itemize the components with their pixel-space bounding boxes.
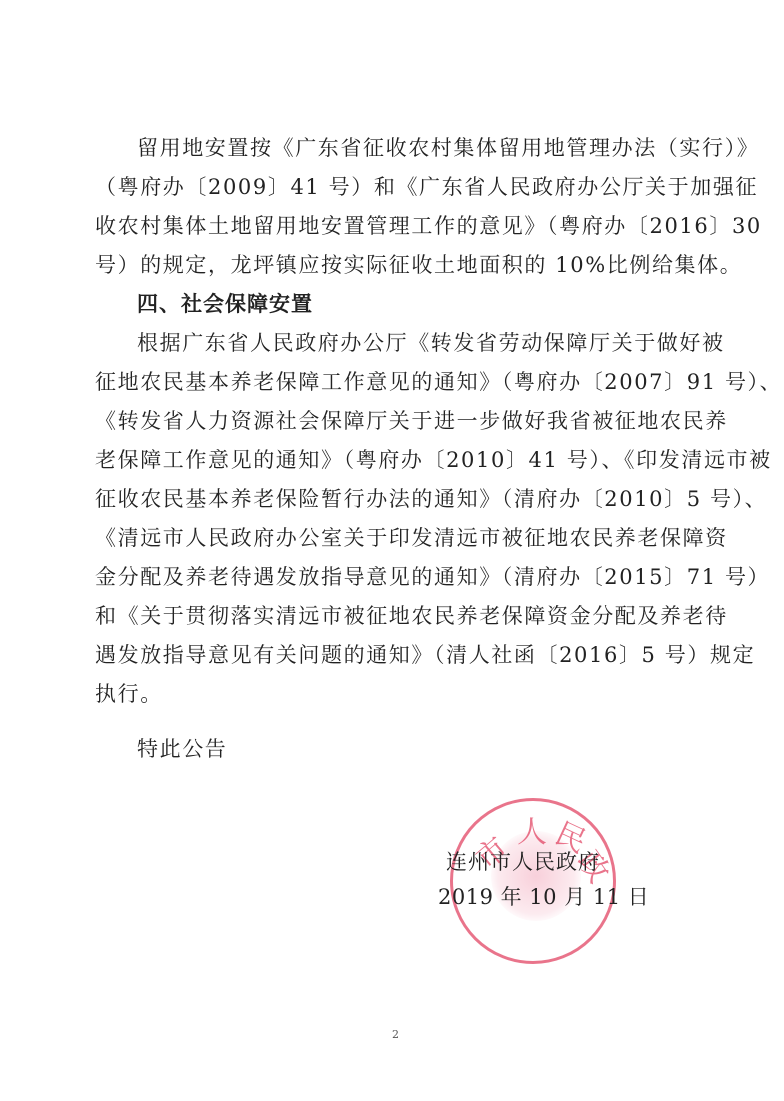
paragraph-2-line-2: 征地农民基本养老保障工作意见的通知》（粤府办〔2007〕91 号）、	[95, 370, 699, 394]
paragraph-1-line-3: 收农村集体土地留用地安置管理工作的意见》（粤府办〔2016〕30	[95, 214, 699, 238]
paragraph-2-line-8: 和《关于贯彻落实清远市被征地农民养老保障资金分配及养老待	[95, 604, 699, 628]
paragraph-2-line-3: 《转发省人力资源社会保障厅关于进一步做好我省被征地农民养	[95, 409, 699, 433]
paragraph-1-line-4: 号）的规定，龙坪镇应按实际征收土地面积的 10%比例给集体。	[95, 253, 699, 277]
paragraph-1-line-1: 留用地安置按《广东省征收农村集体留用地管理办法（实行）》	[137, 136, 699, 160]
closing-statement: 特此公告	[137, 733, 227, 763]
paragraph-2-line-4: 老保障工作意见的通知》（粤府办〔2010〕41 号）、《印发清远市被	[95, 448, 699, 472]
issue-date: 2019 年 10 月 11 日	[438, 881, 649, 911]
section-heading: 四、社会保障安置	[137, 292, 699, 316]
paragraph-2-line-7: 金分配及养老待遇发放指导意见的通知》（清府办〔2015〕71 号）	[95, 565, 699, 589]
paragraph-2-line-1: 根据广东省人民政府办公厅《转发省劳动保障厅关于做好被	[137, 331, 699, 355]
seal-char: 人	[517, 807, 547, 851]
paragraph-2-line-6: 《清远市人民政府办公室关于印发清远市被征地农民养老保障资	[95, 526, 699, 550]
paragraph-2-line-10: 执行。	[95, 682, 699, 706]
paragraph-2-line-9: 遇发放指导意见有关问题的通知》（清人社函〔2016〕5 号）规定	[95, 643, 699, 667]
paragraph-1-line-2: （粤府办〔2009〕41 号）和《广东省人民政府办公厅关于加强征	[95, 175, 699, 199]
paragraph-2-line-5: 征收农民基本养老保险暂行办法的通知》（清府办〔2010〕5 号）、	[95, 487, 699, 511]
issuer-name: 连州市人民政府	[446, 846, 600, 876]
page-number: 2	[392, 1028, 399, 1041]
document-page: 留用地安置按《广东省征收农村集体留用地管理办法（实行）》 （粤府办〔2009〕4…	[0, 0, 784, 1101]
